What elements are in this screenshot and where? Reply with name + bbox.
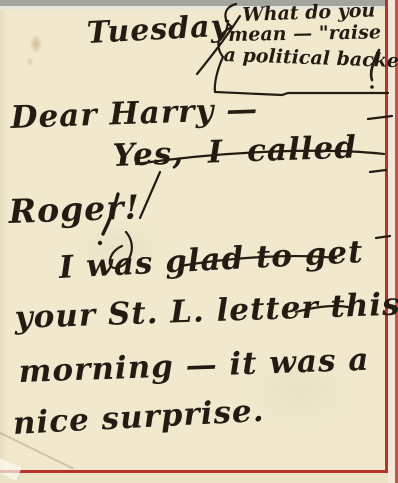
letter-line: nice surprise. xyxy=(12,393,265,442)
yes-comma-tail xyxy=(140,172,160,218)
letter-line: morning — it was a xyxy=(18,342,370,390)
letter-scan-page: Tuesday What do you mean — "raise a poli… xyxy=(0,0,398,483)
letter-line: Roger! xyxy=(8,187,141,231)
roger-exclamation-dot xyxy=(98,241,102,245)
letter-line: Yes, I called xyxy=(112,129,358,174)
letter-line: your St. L. letter this xyxy=(14,287,398,336)
stray-dash xyxy=(370,170,386,172)
letter-line: I was glad to get xyxy=(58,234,364,286)
annotation-exclamation-dot xyxy=(370,85,374,89)
dateline: Tuesday xyxy=(86,9,230,51)
annotation-line: mean — "raise xyxy=(228,21,381,46)
letter-line-salutation: Dear Harry — xyxy=(10,91,259,136)
bottom-margin-strip xyxy=(0,473,388,483)
annotation-line: a political backer"? xyxy=(223,44,398,73)
